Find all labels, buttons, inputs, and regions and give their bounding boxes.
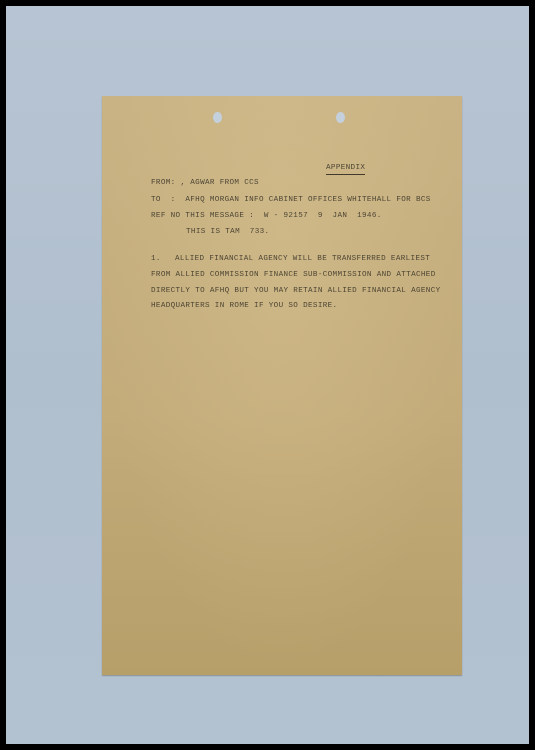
- paragraph-number: 1.: [151, 256, 175, 264]
- punch-hole: [213, 112, 222, 123]
- mount-board: APPENDIX FROM: , AGWAR FROM CCS TO : AFH…: [6, 6, 529, 744]
- paragraph-line: DIRECTLY TO AFHQ BUT YOU MAY RETAIN ALLI…: [151, 288, 441, 296]
- paragraph-text: ALLIED FINANCIAL AGENCY WILL BE TRANSFER…: [175, 255, 430, 263]
- header-tam: THIS IS TAM 733.: [186, 229, 269, 237]
- paragraph-line: FROM ALLIED COMMISSION FINANCE SUB-COMMI…: [151, 272, 436, 280]
- header-to: TO : AFHQ MORGAN INFO CABINET OFFICES WH…: [151, 197, 431, 205]
- appendix-label: APPENDIX: [326, 165, 365, 175]
- paragraph-line: HEADQUARTERS IN ROME IF YOU SO DESIRE.: [151, 303, 337, 311]
- document-page: APPENDIX FROM: , AGWAR FROM CCS TO : AFH…: [102, 96, 462, 675]
- paragraph-line: 1.ALLIED FINANCIAL AGENCY WILL BE TRANSF…: [151, 256, 430, 264]
- punch-hole: [336, 112, 345, 123]
- header-from: FROM: , AGWAR FROM CCS: [151, 180, 259, 188]
- header-ref: REF NO THIS MESSAGE : W - 92157 9 JAN 19…: [151, 213, 382, 221]
